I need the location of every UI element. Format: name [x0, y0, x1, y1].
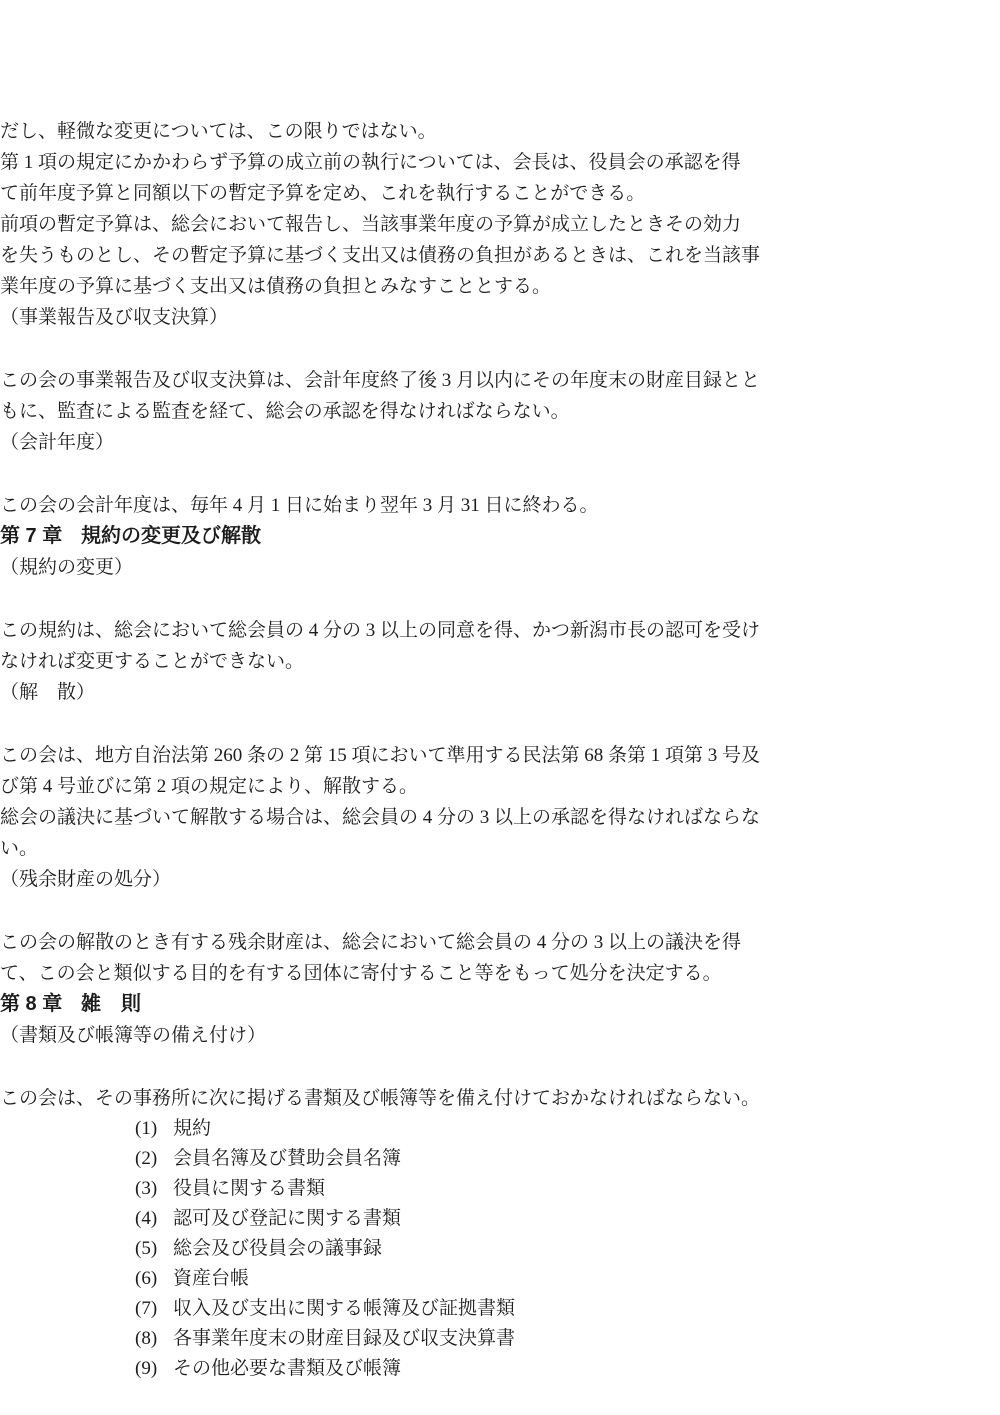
- paragraph-text: だし、軽微な変更については、この限りではない。: [0, 121, 437, 142]
- list-item-text: 各事業年度末の財産目録及び収支決算書: [173, 1328, 515, 1349]
- chapter-number: 第 7 章: [0, 521, 81, 552]
- list-item-number: (4): [135, 1204, 173, 1234]
- article-37: 第 37 条この規約は、総会において総会員の 4 分の 3 以上の同意を得、かつ…: [0, 583, 1000, 677]
- chapter-8-heading: 第 8 章雑 則: [0, 989, 1000, 1020]
- list-item-text: 資産台帳: [173, 1268, 249, 1289]
- numbered-item-2: 2.第 1 項の規定にかかわらず予算の成立前の執行については、会長は、役員会の承…: [0, 147, 1000, 209]
- caption-text: （書類及び帳簿等の備え付け）: [0, 1025, 266, 1046]
- list-item-text: 会員名簿及び賛助会員名簿: [173, 1148, 401, 1169]
- list-item-text: その他必要な書類及び帳簿: [173, 1358, 401, 1379]
- list-item: (2)会員名簿及び賛助会員名簿: [173, 1144, 1000, 1174]
- list-item: (8)各事業年度末の財産目録及び収支決算書: [173, 1324, 1000, 1354]
- list-item-number: (3): [135, 1174, 173, 1204]
- list-item-text: 認可及び登記に関する書類: [173, 1208, 401, 1229]
- section-caption-amendment: （規約の変更）: [0, 552, 1000, 583]
- article-text: この会の事業報告及び収支決算は、会計年度終了後 3 月以内にその年度末の財産目録…: [0, 370, 760, 422]
- numbered-item-3: 3.前項の暫定予算は、総会において報告し、当該事業年度の予算が成立したときその効…: [0, 209, 1000, 302]
- list-item: (9)その他必要な書類及び帳簿: [173, 1354, 1000, 1384]
- list-item-number: (8): [135, 1324, 173, 1354]
- caption-text: （残余財産の処分）: [0, 869, 171, 890]
- paragraph-text: 総会の議決に基づいて解散する場合は、総会員の 4 分の 3 以上の承認を得なけれ…: [0, 807, 760, 859]
- paragraph-text: 第 1 項の規定にかかわらず予算の成立前の執行については、会長は、役員会の承認を…: [0, 152, 741, 204]
- chapter-title: 雑 則: [81, 993, 141, 1015]
- list-item-text: 役員に関する書類: [173, 1178, 325, 1199]
- article-36: 第 36 条この会の会計年度は、毎年 4 月 1 日に始まり翌年 3 月 31 …: [0, 458, 1000, 521]
- article-39: 第 39 条この会の解散のとき有する残余財産は、総会において総会員の 4 分の …: [0, 895, 1000, 989]
- list-item: (3)役員に関する書類: [173, 1174, 1000, 1204]
- list-item-number: (5): [135, 1234, 173, 1264]
- section-caption-dissolution: （解 散）: [0, 677, 1000, 708]
- section-caption-business-report: （事業報告及び収支決算）: [0, 302, 1000, 333]
- chapter-7-heading: 第 7 章規約の変更及び解散: [0, 521, 1000, 552]
- caption-text: （会計年度）: [0, 432, 114, 453]
- article-text: この規約は、総会において総会員の 4 分の 3 以上の同意を得、かつ新潟市長の認…: [0, 620, 760, 672]
- document-page: だし、軽微な変更については、この限りではない。 2.第 1 項の規定にかかわらず…: [0, 0, 1000, 1415]
- article-text: この会は、地方自治法第 260 条の 2 第 15 項において準用する民法第 6…: [0, 745, 760, 797]
- article-40: 第 40 条この会は、その事務所に次に掲げる書類及び帳簿等を備え付けておかなけれ…: [0, 1051, 1000, 1114]
- caption-text: （事業報告及び収支決算）: [0, 307, 228, 328]
- section-caption-residual-assets: （残余財産の処分）: [0, 864, 1000, 895]
- article-text: この会の会計年度は、毎年 4 月 1 日に始まり翌年 3 月 31 日に終わる。: [0, 495, 599, 516]
- document-list: (1)規約 (2)会員名簿及び賛助会員名簿 (3)役員に関する書類 (4)認可及…: [173, 1114, 1000, 1384]
- list-item: (6)資産台帳: [173, 1264, 1000, 1294]
- list-item: (4)認可及び登記に関する書類: [173, 1204, 1000, 1234]
- list-item: (7)収入及び支出に関する帳簿及び証拠書類: [173, 1294, 1000, 1324]
- list-item-number: (2): [135, 1144, 173, 1174]
- list-item-text: 規約: [173, 1118, 211, 1139]
- list-item-text: 収入及び支出に関する帳簿及び証拠書類: [173, 1298, 515, 1319]
- caption-text: （規約の変更）: [0, 557, 133, 578]
- list-item-number: (6): [135, 1264, 173, 1294]
- list-item-number: (7): [135, 1294, 173, 1324]
- article-38-item-2: 2．総会の議決に基づいて解散する場合は、総会員の 4 分の 3 以上の承認を得な…: [0, 802, 1000, 864]
- paragraph-text: 前項の暫定予算は、総会において報告し、当該事業年度の予算が成立したときその効力 …: [0, 214, 760, 297]
- article-text: この会は、その事務所に次に掲げる書類及び帳簿等を備え付けておかなければならない。: [0, 1088, 760, 1109]
- chapter-number: 第 8 章: [0, 989, 81, 1020]
- article-38: 第 38 条この会は、地方自治法第 260 条の 2 第 15 項において準用す…: [0, 708, 1000, 802]
- article-text: この会の解散のとき有する残余財産は、総会において総会員の 4 分の 3 以上の議…: [0, 932, 741, 984]
- list-item-number: (1): [135, 1114, 173, 1144]
- section-caption-fiscal-year: （会計年度）: [0, 427, 1000, 458]
- continuation-paragraph: だし、軽微な変更については、この限りではない。: [0, 116, 1000, 147]
- list-item: (1)規約: [173, 1114, 1000, 1144]
- list-item-number: (9): [135, 1354, 173, 1384]
- section-caption-documents-books: （書類及び帳簿等の備え付け）: [0, 1020, 1000, 1051]
- chapter-title: 規約の変更及び解散: [81, 525, 261, 547]
- article-35: 第 35 条この会の事業報告及び収支決算は、会計年度終了後 3 月以内にその年度…: [0, 333, 1000, 427]
- list-item-text: 総会及び役員会の議事録: [173, 1238, 382, 1259]
- list-item: (5)総会及び役員会の議事録: [173, 1234, 1000, 1264]
- caption-text: （解 散）: [0, 682, 95, 703]
